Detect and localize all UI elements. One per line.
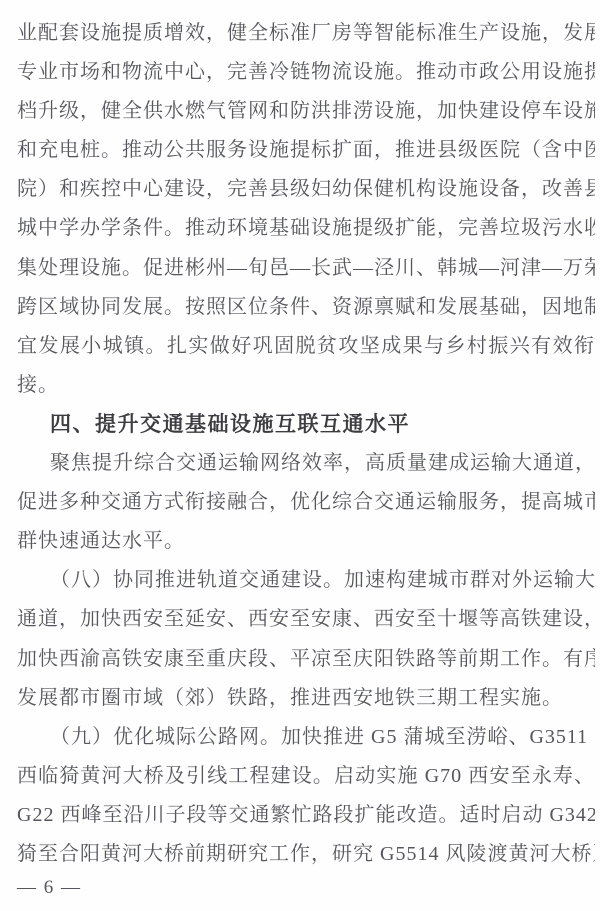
text-line: 跨区域协同发展。按照区位条件、资源禀赋和发展基础，因地制 bbox=[17, 288, 595, 327]
text-line: 院）和疾控中心建设，完善县级妇幼保健机构设施设备，改善县 bbox=[17, 170, 595, 209]
text-line: 发展都市圈市域（郊）铁路，推进西安地铁三期工程实施。 bbox=[17, 679, 595, 718]
text-line: G22 西峰至沿川子段等交通繁忙路段扩能改造。适时启动 G342 临 bbox=[17, 796, 595, 835]
text-line: 宜发展小城镇。扎实做好巩固脱贫攻坚成果与乡村振兴有效衔 bbox=[17, 327, 595, 366]
text-line: 促进多种交通方式衔接融合，优化综合交通运输服务，提高城市 bbox=[17, 483, 595, 522]
text-line: 猗至合阳黄河大桥前期研究工作，研究 G5514 风陵渡黄河大桥及 bbox=[17, 835, 595, 874]
text-line: 接。 bbox=[17, 366, 595, 405]
text-line: （八）协同推进轨道交通建设。加速构建城市群对外运输大 bbox=[17, 561, 595, 600]
text-line: 聚焦提升综合交通运输网络效率，高质量建成运输大通道， bbox=[17, 444, 595, 483]
text-line: 通道，加快西安至延安、西安至安康、西安至十堰等高铁建设， bbox=[17, 600, 595, 639]
page-footer: — 6 — bbox=[17, 875, 595, 901]
text-line: 专业市场和物流中心，完善冷链物流设施。推动市政公用设施提 bbox=[17, 53, 595, 92]
page-number: — 6 — bbox=[17, 877, 82, 898]
text-line: （九）优化城际公路网。加快推进 G5 蒲城至涝峪、G3511 山 bbox=[17, 718, 595, 757]
text-line: 西临猗黄河大桥及引线工程建设。启动实施 G70 西安至永寿、 bbox=[17, 757, 595, 796]
text-line: 档升级，健全供水燃气管网和防洪排涝设施，加快建设停车设施 bbox=[17, 92, 595, 131]
text-line: 集处理设施。促进彬州—旬邑—长武—泾川、韩城—河津—万荣 bbox=[17, 249, 595, 288]
document-body: 业配套设施提质增效，健全标准厂房等智能标准生产设施，发展专业市场和物流中心，完善… bbox=[17, 14, 595, 874]
text-line: 群快速通达水平。 bbox=[17, 522, 595, 561]
text-line: 业配套设施提质增效，健全标准厂房等智能标准生产设施，发展 bbox=[17, 14, 595, 53]
text-line: 和充电桩。推动公共服务设施提标扩面，推进县级医院（含中医 bbox=[17, 131, 595, 170]
document-page: 业配套设施提质增效，健全标准厂房等智能标准生产设施，发展专业市场和物流中心，完善… bbox=[0, 0, 600, 911]
text-line: 加快西渝高铁安康至重庆段、平凉至庆阳铁路等前期工作。有序 bbox=[17, 640, 595, 679]
text-line: 城中学办学条件。推动环境基础设施提级扩能，完善垃圾污水收 bbox=[17, 209, 595, 248]
section-heading: 四、提升交通基础设施互联互通水平 bbox=[17, 405, 595, 444]
